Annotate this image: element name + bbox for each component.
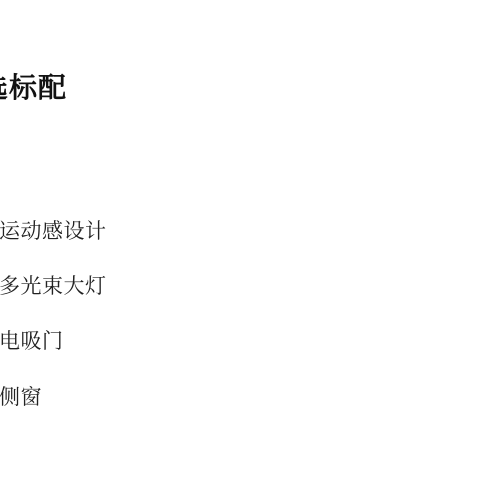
feature-item-sport-design: 运动感设计	[0, 217, 107, 245]
page-viewport: 选标配 运动感设计 多光束大灯 电吸门 侧窗	[0, 0, 500, 500]
feature-item-side-windows: 侧窗	[0, 383, 42, 411]
feature-item-soft-close-doors: 电吸门	[0, 327, 64, 355]
section-title: 选标配	[0, 70, 67, 106]
feature-item-multibeam-headlights: 多光束大灯	[0, 272, 107, 300]
